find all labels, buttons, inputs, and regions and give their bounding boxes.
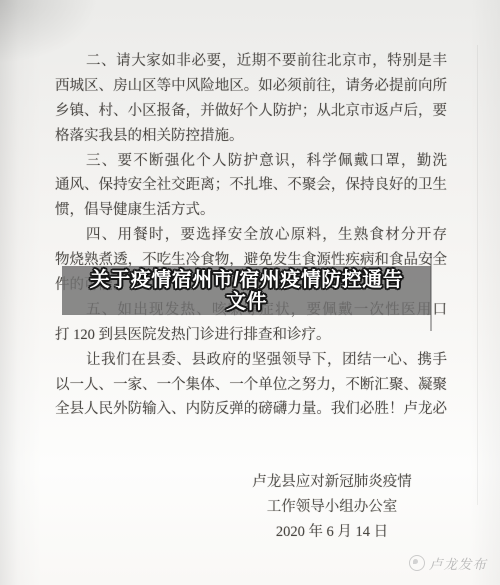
- title-overlay-banner: 关于疫情宿州市/宿州疫情防控通告 文件: [62, 266, 431, 315]
- document-line: 以一人、一家、一个集体、一个单位之努力，不断汇聚、凝聚起: [55, 373, 447, 398]
- document-line: 乡镇、村、小区报备，并做好个人防护；从北京市返卢后，要严: [55, 99, 447, 124]
- signature-date: 2020 年 6 月 14 日: [167, 520, 497, 545]
- overlay-title-line1: 关于疫情宿州市/宿州疫情防控通告: [90, 269, 404, 291]
- document-line: 四、用餐时，要选择安全放心原料，生熟食材分开存放。食: [55, 223, 447, 248]
- document-line: 二、请大家如非必要，近期不要前往北京市，特别是丰台区、: [55, 49, 447, 74]
- document-line: 通风、保持安全社交距离；不扎堆、不聚会，保持良好的卫生习: [55, 173, 447, 198]
- watermark-label: 卢龙发布: [429, 553, 487, 573]
- publisher-logo-icon: [409, 555, 425, 571]
- document-line: 惯，倡导健康生活方式。: [55, 198, 447, 223]
- document-line: 让我们在县委、县政府的坚强领导下，团结一心、携手并肩，: [55, 348, 447, 373]
- document-line: 西城区、房山区等中风险地区。如必须前往，请务必提前向所在: [55, 74, 447, 99]
- document-line: 三、要不断强化个人防护意识，科学佩戴口罩，勤洗手、常: [55, 149, 447, 174]
- signature-org-line1: 卢龙县应对新冠肺炎疫情: [167, 470, 497, 495]
- signature-block: 卢龙县应对新冠肺炎疫情 工作领导小组办公室 2020 年 6 月 14 日: [167, 470, 497, 546]
- band-edge-artifact: [430, 253, 432, 331]
- document-line: 全县人民外防输入、内防反弹的磅礴力量。我们必胜！卢龙必胜！: [55, 397, 447, 422]
- paper-edge-line: [477, 45, 478, 505]
- signature-org-line2: 工作领导小组办公室: [167, 495, 497, 520]
- watermark: 卢龙发布: [409, 553, 487, 573]
- document-body: 二、请大家如非必要，近期不要前往北京市，特别是丰台区、 西城区、房山区等中风险地…: [55, 49, 447, 422]
- document-line: 打 120 到县医院发热门诊进行排查和诊疗。: [55, 323, 447, 348]
- document-line: 格落实我县的相关防控措施。: [55, 124, 447, 149]
- photo-of-document: 二、请大家如非必要，近期不要前往北京市，特别是丰台区、 西城区、房山区等中风险地…: [0, 0, 500, 585]
- overlay-title-line2: 文件: [226, 291, 267, 313]
